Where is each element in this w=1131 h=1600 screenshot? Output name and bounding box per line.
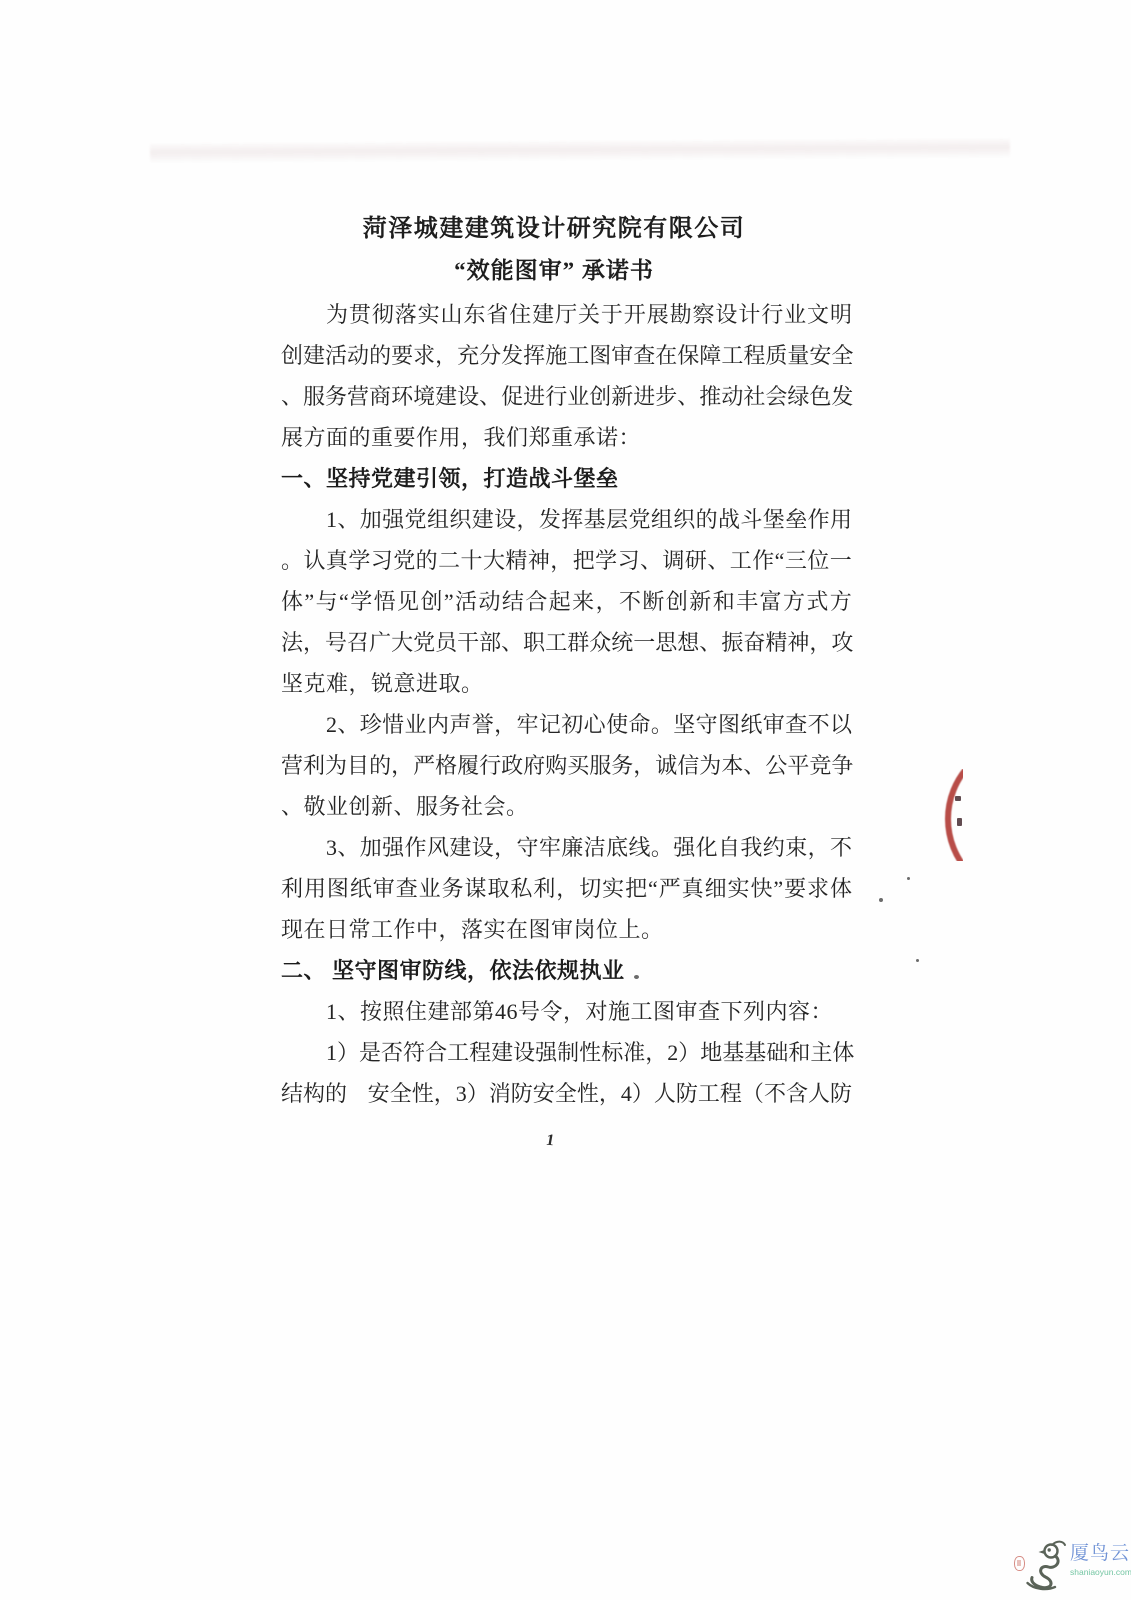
scanned-document-page: 菏泽城建建筑设计研究院有限公司 “效能图审” 承诺书 为贯彻落实山东省住建厅关于… [0,0,1131,1600]
scan-paper-edge [150,138,1010,163]
document-subtitle: “效能图审” 承诺书 [268,256,840,286]
bird-logo-icon [1024,1536,1068,1592]
text-line: 2、珍惜业内声誉，牢记初心使命。坚守图纸审查不以 [281,704,852,745]
body-text: 为贯彻落实山东省住建厅关于开展勘察设计行业文明创建活动的要求，充分发挥施工图审查… [281,294,852,1114]
text-line: 。认真学习党的二十大精神，把学习、调研、工作“三位一 [281,540,852,581]
scan-speck [634,975,639,979]
text-line: 营利为目的，严格履行政府购买服务，诚信为本、公平竞争 [281,745,852,786]
text-line: 为贯彻落实山东省住建厅关于开展勘察设计行业文明 [281,294,852,335]
text-line: 利用图纸审查业务谋取私利，切实把“严真细实快”要求体 [281,868,852,909]
document-header: 菏泽城建建筑设计研究院有限公司 “效能图审” 承诺书 [268,214,840,286]
scan-speck [916,959,919,962]
text-line: 、服务营商环境建设、促进行业创新进步、推动社会绿色发 [281,376,852,417]
text-line: 现在日常工作中，落实在图审岗位上。 [281,909,852,950]
text-line: 1、按照住建部第46号令，对施工图审查下列内容： [281,991,852,1032]
watermark-name: 厦鸟云 [1070,1542,1131,1566]
red-stamp-ring [945,769,963,861]
text-line: 结构的 安全性，3）消防安全性，4）人防工程（不含人防 [281,1073,852,1114]
red-stamp-partial [942,769,963,861]
text-line: 1）是否符合工程建设强制性标准，2）地基基础和主体 [281,1032,852,1073]
document-title: 菏泽城建建筑设计研究院有限公司 [268,214,840,244]
text-line: 3、加强作风建设，守牢廉洁底线。强化自我约束，不 [281,827,852,868]
watermark-texts: 厦鸟云 shaniaoyun.com [1070,1542,1131,1578]
text-line: 展方面的重要作用，我们郑重承诺： [281,417,852,458]
stamp-text-fragment [957,818,962,826]
text-line: 创建活动的要求，充分发挥施工图审查在保障工程质量安全 [281,335,852,376]
stamp-text-fragment [955,796,961,801]
watermark-domain: shaniaoyun.com [1070,1566,1131,1578]
text-line: 、敬业创新、服务社会。 [281,786,852,827]
text-line: 二、 坚守图审防线，依法依规执业 [281,950,852,991]
scan-speck [879,898,883,902]
scan-speck [907,877,910,880]
text-line: 法，号召广大党员干部、职工群众统一思想、振奋精神，攻 [281,622,852,663]
text-line: 一、坚持党建引领，打造战斗堡垒 [281,458,852,499]
text-line: 体”与“学悟见创”活动结合起来，不断创新和丰富方式方 [281,581,852,622]
watermark: 厦鸟云 shaniaoyun.com [1008,1534,1128,1596]
page-number: 1 [544,1132,555,1151]
text-line: 1、加强党组织建设，发挥基层党组织的战斗堡垒作用 [281,499,852,540]
text-line: 坚克难，锐意进取。 [281,663,852,704]
